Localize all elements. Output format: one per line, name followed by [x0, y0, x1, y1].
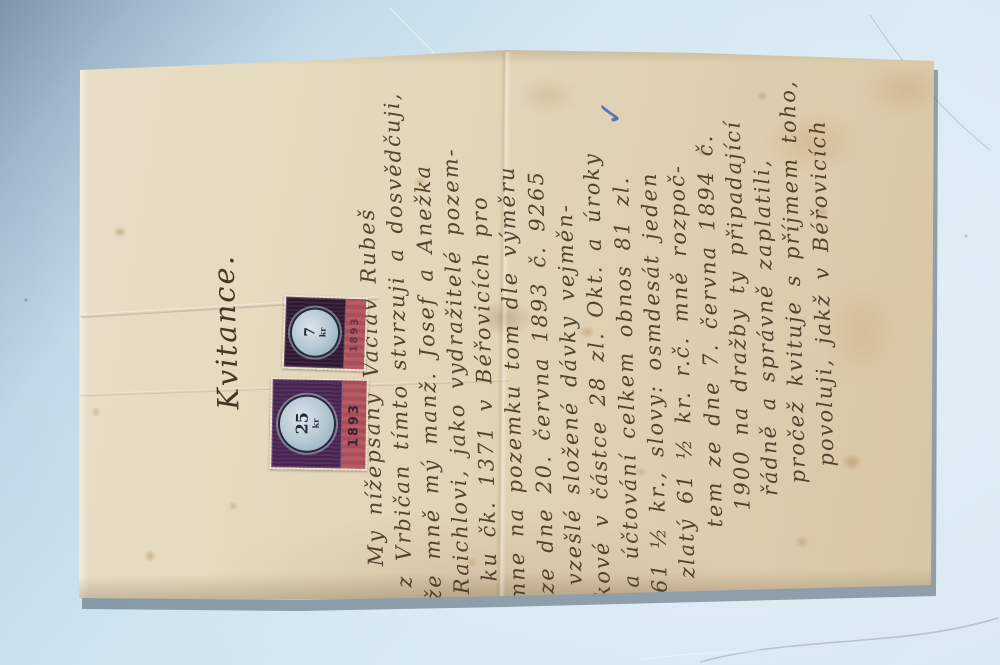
surface-speck — [965, 235, 968, 238]
handwritten-body: My nížepsaný Václav Rubeš z Vrbičan tímt… — [356, 57, 838, 600]
document-title-text: Kvitance. — [206, 254, 245, 411]
photo-canvas: Kvitance. My nížepsaný Václav Rubeš z Vr… — [0, 0, 1000, 665]
stamp-year-strip: 1893 — [341, 380, 367, 468]
scratch-line — [640, 650, 760, 660]
stamp-unit: kr — [311, 413, 320, 435]
stamp-value: 7 — [302, 327, 318, 337]
paper-left-edge-highlight — [79, 70, 89, 598]
stamp-value-circle: 7 kr — [291, 309, 339, 357]
revenue-stamp-7kr: 7 kr 1893 — [282, 295, 369, 372]
stamp-frame: 7 kr — [284, 297, 346, 369]
checkmark-annotation: ✓ — [590, 90, 630, 136]
revenue-stamp-25kr: 25 kr 1893 — [269, 377, 369, 471]
document-title: Kvitance. — [183, 248, 269, 416]
stamp-value: 25 — [292, 412, 311, 435]
checkmark-icon: ✓ — [591, 100, 629, 127]
stamp-unit: kr — [318, 328, 327, 338]
scratch-line — [700, 618, 998, 662]
stamp-year: 1893 — [349, 316, 361, 352]
stamp-year: 1893 — [346, 402, 362, 446]
surface-speck — [25, 299, 28, 302]
stamp-year-strip: 1893 — [344, 299, 366, 370]
stamp-value-circle: 25 kr — [280, 396, 335, 451]
document-paper: Kvitance. My nížepsaný Václav Rubeš z Vr… — [0, 0, 1000, 665]
stamp-frame: 25 kr — [271, 379, 343, 468]
